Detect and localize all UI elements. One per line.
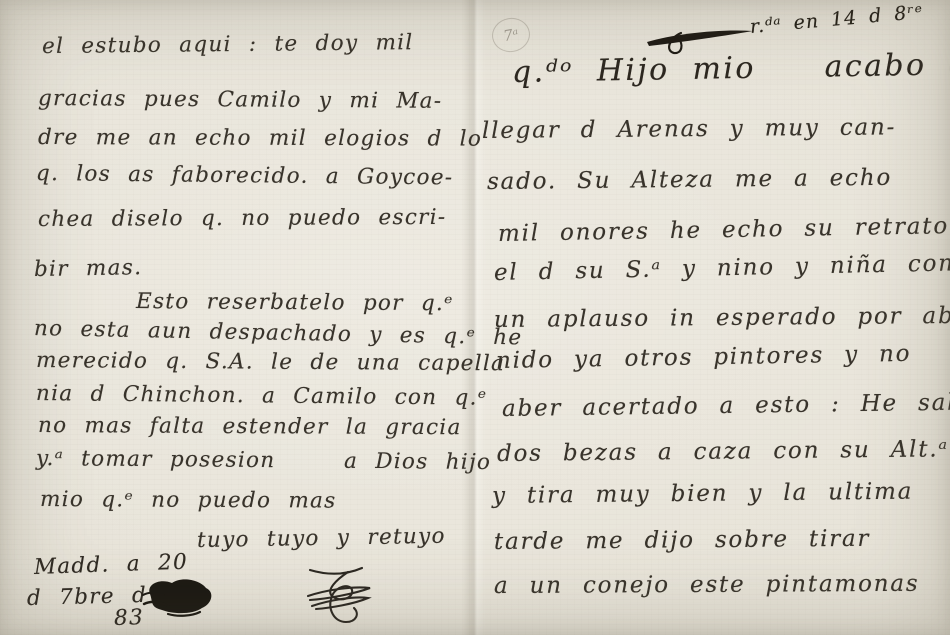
folio-number-label: 7ᵃ: [502, 25, 520, 45]
manuscript-line: gracias pues Camilo y mi Ma-: [38, 86, 443, 114]
received-date-annotation: r.ᵈᵃ en 14 d 8ʳᵉ: [749, 1, 924, 38]
manuscript-line: aber acertado a esto : He salido: [502, 389, 950, 422]
folio-number-pencil: 7ᵃ: [489, 15, 532, 55]
manuscript-line: chea diselo q. no puedo escri-: [38, 205, 447, 232]
manuscript-line: q. los as faborecido. a Goycoe-: [36, 161, 454, 190]
manuscript-line: dre me an echo mil elogios d lo: [38, 125, 482, 152]
center-fold: [462, 0, 486, 635]
manuscript-line: sado. Su Alteza me a echo: [487, 165, 892, 195]
manuscript-line: q.ᵈᵒ Hijo mio acabo d.: [512, 47, 950, 90]
manuscript-line: el estubo aqui : te doy mil: [42, 30, 414, 59]
manuscript-line: a un conejo este pintamonas: [494, 571, 920, 599]
manuscript-line: tuyo tuyo y retuyo: [197, 524, 446, 553]
manuscript-line: un aplauso in esperado por abe-: [494, 303, 950, 333]
letter-scan: el estubo aqui : te doy mil gracias pues…: [0, 0, 950, 635]
manuscript-line: dos bezas a caza con su Alt.ᵃ: [497, 436, 949, 467]
signature-rubric: [296, 566, 376, 628]
manuscript-line: mil onores he echo su retrato: [498, 213, 949, 247]
ink-blot: [140, 574, 216, 616]
manuscript-line: y tira muy bien y la ultima: [492, 479, 913, 509]
manuscript-line: nia d Chinchon. a Camilo con q.ᵉ: [36, 381, 488, 411]
manuscript-line: nido ya otros pintores y no: [496, 341, 912, 374]
manuscript-line: bir mas.: [34, 255, 143, 282]
manuscript-line: y.ᵃ tomar posesion a Dios hijo: [36, 446, 491, 475]
manuscript-line: el d su S.ᵃ y nino y niña con: [494, 250, 950, 286]
manuscript-line: Esto reserbatelo por q.ᵉ: [136, 289, 454, 316]
manuscript-line: merecido q. S.A. le de una capella: [36, 348, 505, 376]
manuscript-line: no esta aun despachado y es q.ᵉ he: [34, 316, 523, 350]
manuscript-line: llegar d Arenas y muy can-: [482, 114, 896, 144]
manuscript-line: mio q.ᵉ no puedo mas: [40, 487, 337, 514]
manuscript-line: no mas falta estender la gracia: [38, 413, 462, 440]
manuscript-line: tarde me dijo sobre tirar: [494, 526, 871, 555]
